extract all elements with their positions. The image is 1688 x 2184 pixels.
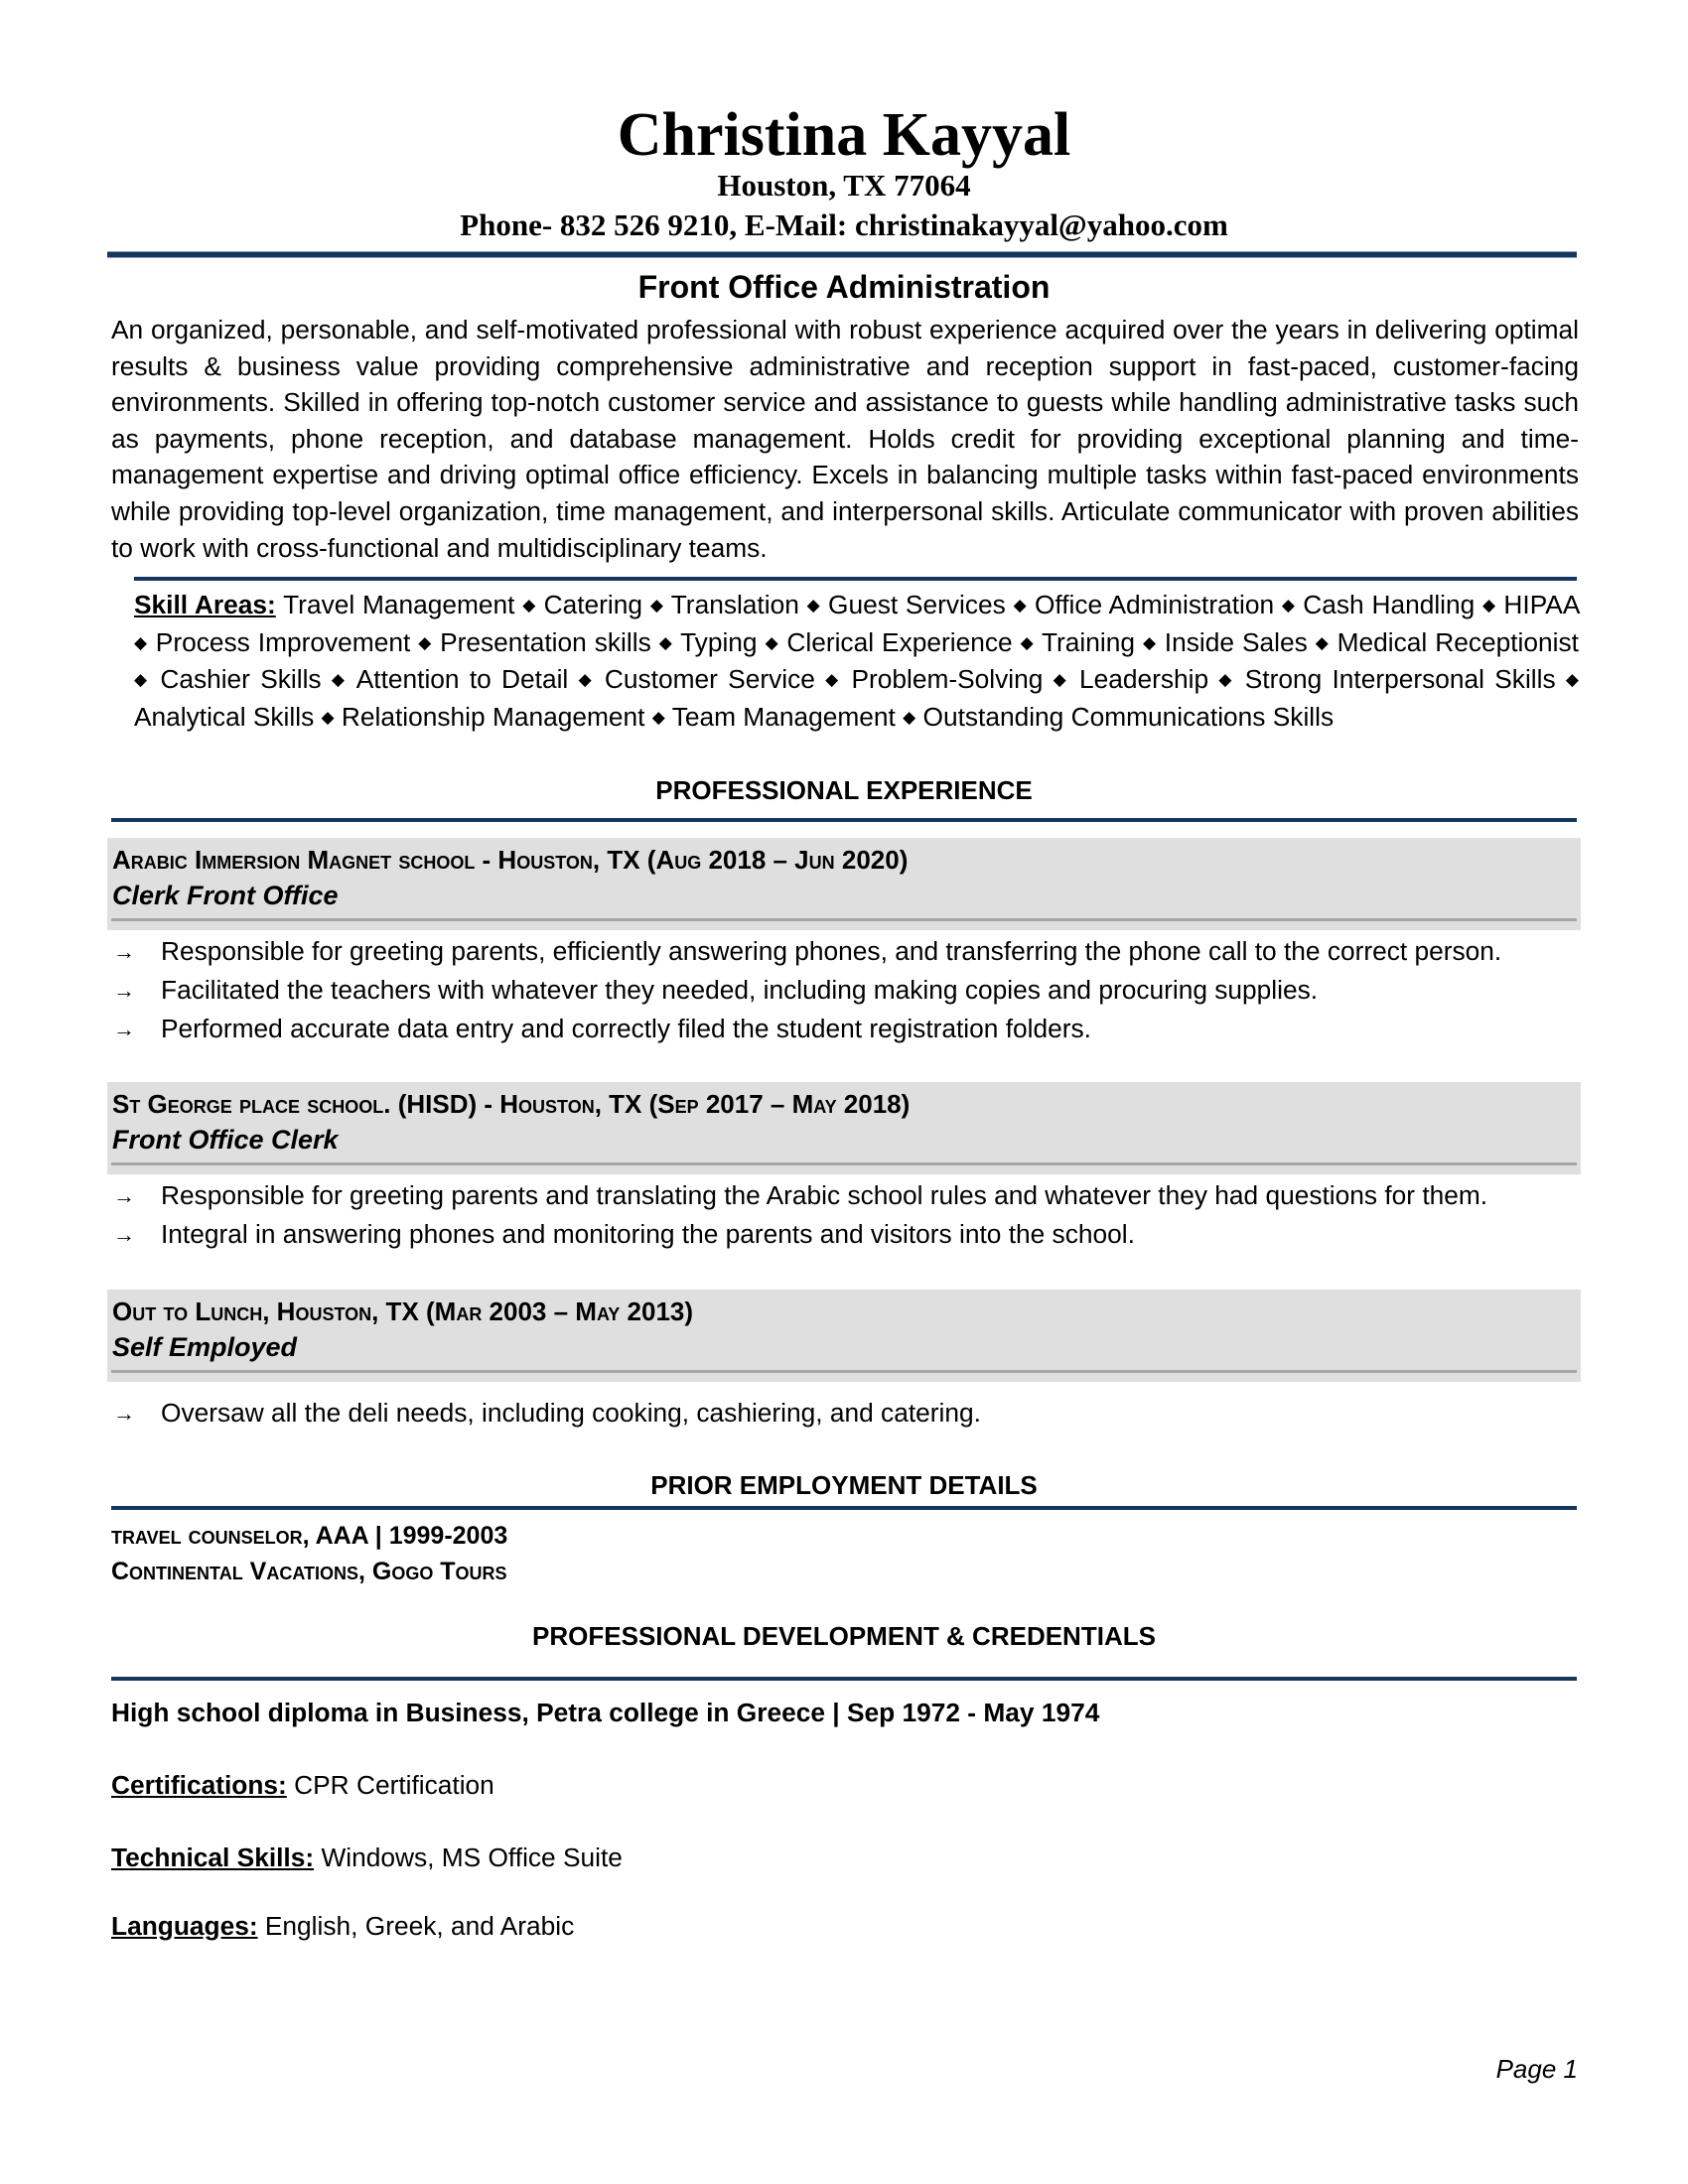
skill-item: Inside Sales	[1165, 627, 1308, 657]
certifications-value: CPR Certification	[294, 1770, 494, 1800]
technical-skills-label: Technical Skills:	[111, 1843, 314, 1872]
job-employer: Out to Lunch, Houston, TX (Mar 2003 – Ma…	[112, 1296, 693, 1327]
skill-item: Training	[1042, 627, 1135, 657]
skill-areas: Skill Areas: Travel Management ◆ Caterin…	[134, 587, 1579, 736]
address: Houston, TX 77064	[0, 167, 1688, 205]
job-role: Front Office Clerk	[112, 1124, 339, 1156]
skill-item: Strong Interpersonal Skills	[1245, 664, 1556, 694]
diamond-bullet-icon: ◆	[652, 708, 665, 727]
skill-item: Clerical Experience	[786, 627, 1012, 657]
page-number: Page 1	[1496, 2053, 1578, 2085]
technical-skills-line: Technical Skills: Windows, MS Office Sui…	[111, 1841, 623, 1874]
summary-paragraph: An organized, personable, and self-motiv…	[111, 312, 1579, 566]
skill-item: Presentation skills	[440, 627, 651, 657]
diamond-bullet-icon: ◆	[1143, 633, 1157, 652]
skill-item: Cash Handling	[1303, 590, 1475, 619]
diamond-bullet-icon: ◆	[1021, 633, 1035, 652]
skill-item: Typing	[680, 627, 757, 657]
header-divider	[107, 251, 1577, 258]
job-bullets: →Responsible for greeting parents and tr…	[111, 1176, 1591, 1254]
job-role: Clerk Front Office	[112, 880, 339, 911]
skill-item: Translation	[671, 590, 799, 619]
technical-skills-value: Windows, MS Office Suite	[321, 1843, 623, 1872]
diamond-bullet-icon: ◆	[807, 596, 821, 614]
job-header: Out to Lunch, Houston, TX (Mar 2003 – Ma…	[107, 1290, 1581, 1382]
job-employer: St George place school. (HISD) - Houston…	[112, 1088, 910, 1120]
skill-item: Customer Service	[605, 664, 815, 694]
diamond-bullet-icon: ◆	[1218, 670, 1234, 689]
diamond-bullet-icon: ◆	[1482, 596, 1496, 614]
bullet-item: →Oversaw all the deli needs, including c…	[111, 1394, 1591, 1433]
job-role: Self Employed	[112, 1331, 297, 1363]
arrow-right-icon: →	[113, 1215, 135, 1254]
bullet-item: →Responsible for greeting parents, effic…	[111, 932, 1591, 971]
section-title-development: PROFESSIONAL DEVELOPMENT & CREDENTIALS	[0, 1620, 1688, 1652]
languages-value: English, Greek, and Arabic	[265, 1911, 574, 1941]
skill-item: Team Management	[672, 702, 896, 732]
skill-item: Guest Services	[828, 590, 1006, 619]
job-header-rule	[111, 1370, 1577, 1373]
arrow-right-icon: →	[113, 1176, 135, 1215]
skill-item: Attention to Detail	[356, 664, 569, 694]
diamond-bullet-icon: ◆	[322, 708, 335, 727]
skill-item: Outstanding Communications Skills	[923, 702, 1335, 732]
bullet-item: →Facilitated the teachers with whatever …	[111, 971, 1591, 1010]
diamond-bullet-icon: ◆	[766, 633, 779, 652]
certifications-line: Certifications: CPR Certification	[111, 1768, 494, 1802]
diamond-bullet-icon: ◆	[825, 670, 841, 689]
candidate-name: Christina Kayyal	[0, 97, 1688, 173]
arrow-right-icon: →	[113, 1010, 135, 1048]
bullet-item: →Integral in answering phones and monito…	[111, 1215, 1591, 1254]
diamond-bullet-icon: ◆	[418, 633, 432, 652]
skill-item: Analytical Skills	[134, 702, 314, 732]
skill-item: HIPAA	[1503, 590, 1579, 619]
diamond-bullet-icon: ◆	[659, 633, 673, 652]
section-title-prior-employment: PRIOR EMPLOYMENT DETAILS	[0, 1469, 1688, 1501]
headline: Front Office Administration	[0, 268, 1688, 306]
diamond-bullet-icon: ◆	[650, 596, 664, 614]
prior-employment-line: travel counselor, AAA | 1999-2003	[111, 1519, 507, 1553]
diamond-bullet-icon: ◆	[1054, 670, 1069, 689]
languages-label: Languages:	[111, 1911, 258, 1941]
job-header-rule	[111, 918, 1577, 921]
diamond-bullet-icon: ◆	[579, 670, 595, 689]
job-header: Arabic Immersion Magnet school - Houston…	[107, 838, 1581, 930]
job-bullets: →Responsible for greeting parents, effic…	[111, 932, 1591, 1048]
job-bullets: →Oversaw all the deli needs, including c…	[111, 1394, 1591, 1433]
skill-item: Travel Management	[283, 590, 514, 619]
skill-areas-label: Skill Areas:	[134, 590, 276, 619]
arrow-right-icon: →	[113, 932, 135, 971]
arrow-right-icon: →	[113, 971, 135, 1010]
skill-item: Relationship Management	[342, 702, 645, 732]
diamond-bullet-icon: ◆	[134, 670, 150, 689]
certifications-label: Certifications:	[111, 1770, 287, 1800]
arrow-right-icon: →	[113, 1394, 135, 1433]
job-employer: Arabic Immersion Magnet school - Houston…	[112, 844, 908, 876]
skill-item: Catering	[544, 590, 642, 619]
bullet-item: →Responsible for greeting parents and tr…	[111, 1176, 1591, 1215]
diamond-bullet-icon: ◆	[332, 670, 348, 689]
skill-item: Medical Receptionist	[1337, 627, 1579, 657]
job-header: St George place school. (HISD) - Houston…	[107, 1082, 1581, 1174]
skill-item: Leadership	[1079, 664, 1208, 694]
diamond-bullet-icon: ◆	[1282, 596, 1296, 614]
skill-item: Office Administration	[1035, 590, 1274, 619]
skill-item: Process Improvement	[156, 627, 410, 657]
diamond-bullet-icon: ◆	[1566, 670, 1579, 689]
contact-line: Phone- 832 526 9210, E-Mail: christinaka…	[0, 206, 1688, 244]
skill-item: Problem-Solving	[851, 664, 1043, 694]
languages-line: Languages: English, Greek, and Arabic	[111, 1909, 574, 1943]
skill-item: Cashier Skills	[160, 664, 321, 694]
section-title-experience: PROFESSIONAL EXPERIENCE	[0, 774, 1688, 806]
bullet-item: →Performed accurate data entry and corre…	[111, 1010, 1591, 1048]
diamond-bullet-icon: ◆	[903, 708, 915, 727]
prior-employment-line: Continental Vacations, Gogo Tours	[111, 1555, 507, 1588]
diamond-bullet-icon: ◆	[522, 596, 536, 614]
diamond-bullet-icon: ◆	[134, 633, 148, 652]
experience-divider	[111, 818, 1577, 822]
education-line: High school diploma in Business, Petra c…	[111, 1696, 1099, 1729]
skill-list: Travel Management ◆ Catering ◆ Translati…	[134, 590, 1579, 732]
job-header-rule	[111, 1162, 1577, 1165]
diamond-bullet-icon: ◆	[1316, 633, 1330, 652]
diamond-bullet-icon: ◆	[1014, 596, 1028, 614]
skills-divider	[134, 577, 1577, 581]
development-divider	[111, 1677, 1577, 1681]
prior-employment-divider	[111, 1506, 1577, 1510]
